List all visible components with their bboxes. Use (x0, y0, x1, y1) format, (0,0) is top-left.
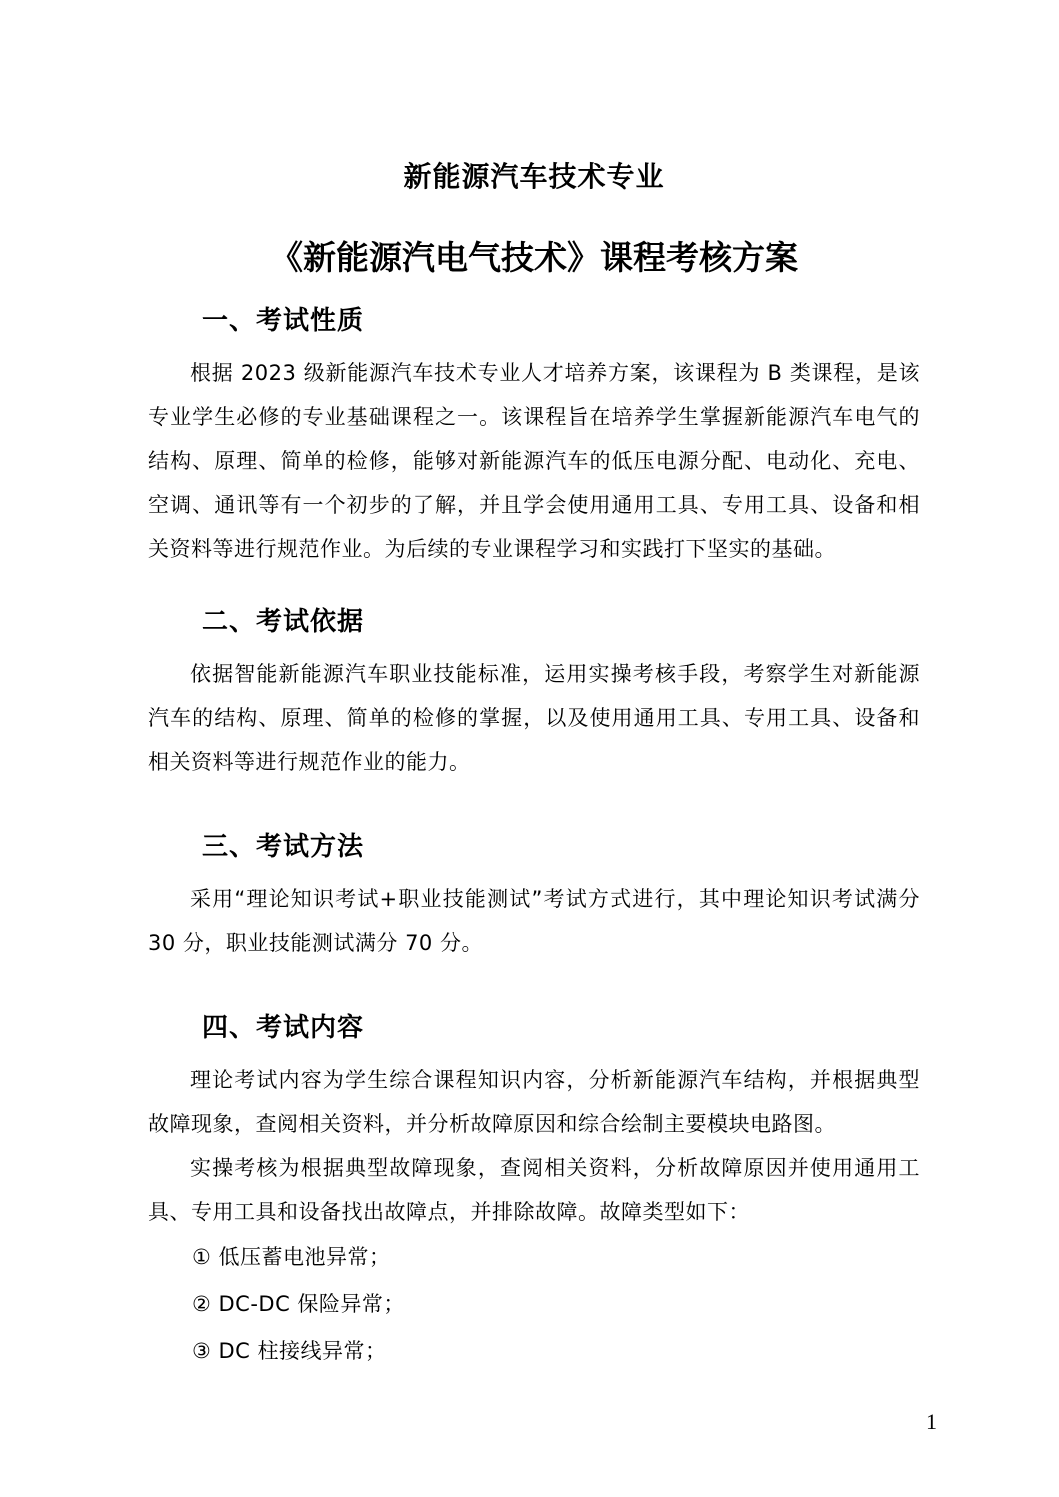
document-content: 新能源汽车技术专业 《新能源汽电气技术》课程考核方案 一、考试性质 根据 202… (148, 159, 920, 1375)
section-heading-exam-method: 三、考试方法 (148, 829, 920, 865)
course-assessment-title: 《新能源汽电气技术》课程考核方案 (148, 236, 920, 280)
fault-item-dcdc-fuse: ② DC-DC 保险异常； (148, 1281, 920, 1328)
fault-type-list: ① 低压蓄电池异常； ② DC-DC 保险异常； ③ DC 柱接线异常； (148, 1234, 920, 1375)
page-number: 1 (926, 1408, 937, 1436)
paragraph-exam-nature: 根据 2023 级新能源汽车技术专业人才培养方案，该课程为 B 类课程，是该专业… (148, 351, 920, 571)
fault-item-dc-terminal-wiring: ③ DC 柱接线异常； (148, 1328, 920, 1375)
document-page: 新能源汽车技术专业 《新能源汽电气技术》课程考核方案 一、考试性质 根据 202… (0, 0, 1059, 1497)
paragraph-exam-basis: 依据智能新能源汽车职业技能标准，运用实操考核手段，考察学生对新能源汽车的结构、原… (148, 652, 920, 784)
fault-item-low-voltage-battery: ① 低压蓄电池异常； (148, 1234, 920, 1281)
major-title: 新能源汽车技术专业 (148, 159, 920, 195)
section-heading-exam-basis: 二、考试依据 (148, 604, 920, 640)
paragraph-theory-exam-content: 理论考试内容为学生综合课程知识内容，分析新能源汽车结构，并根据典型故障现象，查阅… (148, 1058, 920, 1146)
paragraph-practical-exam-content: 实操考核为根据典型故障现象，查阅相关资料，分析故障原因并使用通用工具、专用工具和… (148, 1146, 920, 1234)
paragraph-exam-method: 采用“理论知识考试+职业技能测试”考试方式进行，其中理论知识考试满分 30 分，… (148, 877, 920, 965)
section-heading-exam-nature: 一、考试性质 (148, 303, 920, 339)
section-heading-exam-content: 四、考试内容 (148, 1010, 920, 1046)
